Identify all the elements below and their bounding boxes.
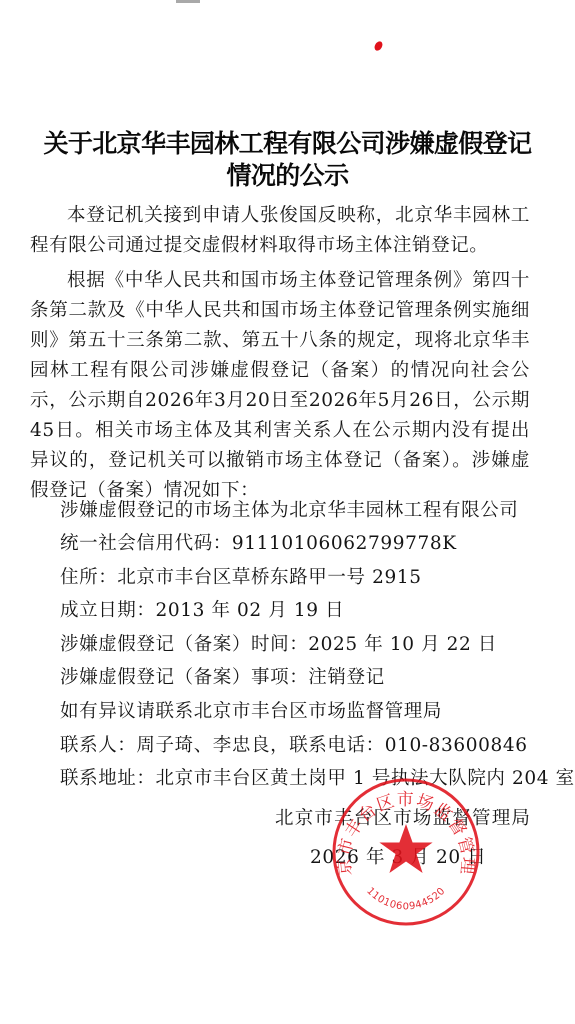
svg-text:1101060944520: 1101060944520 (364, 886, 448, 913)
paragraph-legal-basis: 根据《中华人民共和国市场主体登记管理条例》第四十条第二款及《中华人民共和国市场主… (30, 266, 530, 506)
detail-objection-contact: 如有异议请联系北京市丰台区市场监督管理局 (60, 697, 442, 727)
paragraph-complaint: 本登记机关接到申请人张俊国反映称，北京华丰园林工程有限公司通过提交虚假材料取得市… (30, 201, 530, 261)
detail-false-registration-date: 涉嫌虚假登记（备案）时间：2025 年 10 月 22 日 (60, 630, 497, 660)
notice-title-line-1: 关于北京华丰园林工程有限公司涉嫌虚假登记 (0, 128, 575, 160)
detail-contact-persons-phone: 联系人：周子琦、李忠良，联系电话：010-83600846 (60, 731, 528, 761)
notice-title-line-2: 情况的公示 (0, 160, 575, 192)
signature-date: 2026 年 3 月 20 日 (310, 843, 486, 873)
detail-registration-item: 涉嫌虚假登记（备案）事项：注销登记 (60, 663, 385, 693)
red-ink-dot (373, 40, 384, 52)
seal-code: 1101060944520 (364, 886, 448, 913)
detail-address: 住所：北京市丰台区草桥东路甲一号 2915 (60, 563, 422, 593)
signature-organization: 北京市丰台区市场监督管理局 (275, 804, 531, 834)
detail-contact-address: 联系地址：北京市丰台区黄土岗甲 1 号执法大队院内 204 室 (60, 764, 575, 794)
detail-company-name: 涉嫌虚假登记的市场主体为北京华丰园林工程有限公司 (60, 496, 518, 526)
scan-top-mark (176, 0, 200, 3)
detail-credit-code: 统一社会信用代码：91110106062799778K (60, 529, 457, 559)
detail-established-date: 成立日期：2013 年 02 月 19 日 (60, 596, 344, 626)
